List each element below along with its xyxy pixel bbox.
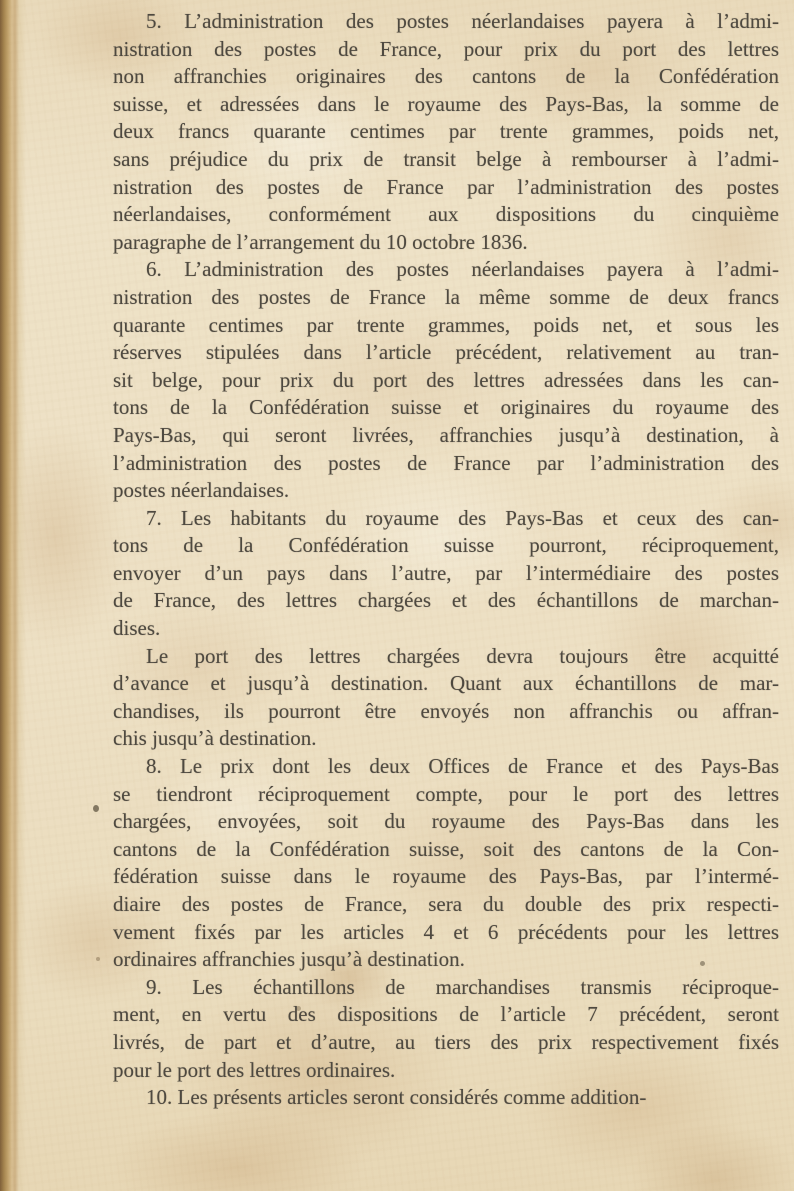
text-line: nistration des postes de France, pour pr… bbox=[113, 36, 779, 64]
text-line: néerlandaises, conformément aux disposit… bbox=[113, 201, 779, 229]
text-line: diaire des postes de France, sera du dou… bbox=[113, 891, 779, 919]
paragraph-article-9: 9. Les échantillons de marchandises tran… bbox=[113, 974, 779, 1084]
text-line: livrés, de part et d’autre, au tiers des… bbox=[113, 1029, 779, 1057]
text-line: 8. Le prix dont les deux Offices de Fran… bbox=[113, 753, 779, 781]
text-line: envoyer d’un pays dans l’autre, par l’in… bbox=[113, 560, 779, 588]
text-line: 9. Les échantillons de marchandises tran… bbox=[113, 974, 779, 1002]
text-line: ordinaires affranchies jusqu’à destinati… bbox=[113, 946, 779, 974]
text-line: non affranchies originaires des cantons … bbox=[113, 63, 779, 91]
text-line: tons de la Confédération suisse et origi… bbox=[113, 394, 779, 422]
paragraph-article-5: 5. L’administration des postes néerlanda… bbox=[113, 8, 779, 256]
text-line: 5. L’administration des postes néerlanda… bbox=[113, 8, 779, 36]
text-line: chargées, envoyées, soit du royaume des … bbox=[113, 808, 779, 836]
text-line: deux francs quarante centimes par trente… bbox=[113, 118, 779, 146]
paragraph-article-6: 6. L’administration des postes néerlanda… bbox=[113, 256, 779, 504]
text-line: 7. Les habitants du royaume des Pays-Bas… bbox=[113, 505, 779, 533]
text-line: de France, des lettres chargées et des é… bbox=[113, 587, 779, 615]
paragraph-article-7-alinea: Le port des lettres chargées devra toujo… bbox=[113, 643, 779, 753]
text-line: ment, en vertu des dispositions de l’art… bbox=[113, 1001, 779, 1029]
text-line: chandises, ils pourront être envoyés non… bbox=[113, 698, 779, 726]
text-line: nistration des postes de France par l’ad… bbox=[113, 174, 779, 202]
text-line: sit belge, pour prix du port des lettres… bbox=[113, 367, 779, 395]
text-line: l’administration des postes de France pa… bbox=[113, 450, 779, 478]
text-line: Le port des lettres chargées devra toujo… bbox=[113, 643, 779, 671]
text-line: réserves stipulées dans l’article précéd… bbox=[113, 339, 779, 367]
text-line: pour le port des lettres ordinaires. bbox=[113, 1057, 779, 1085]
text-line: chis jusqu’à destination. bbox=[113, 725, 779, 753]
ink-speck bbox=[96, 957, 100, 961]
book-binding-edge bbox=[0, 0, 26, 1191]
paragraph-article-7: 7. Les habitants du royaume des Pays-Bas… bbox=[113, 505, 779, 643]
paragraph-article-10: 10. Les présents articles seront considé… bbox=[113, 1084, 779, 1112]
ink-speck bbox=[93, 805, 99, 812]
text-line: dises. bbox=[113, 615, 779, 643]
text-line: quarante centimes par trente grammes, po… bbox=[113, 312, 779, 340]
text-line: fédération suisse dans le royaume des Pa… bbox=[113, 863, 779, 891]
paragraph-article-8: 8. Le prix dont les deux Offices de Fran… bbox=[113, 753, 779, 974]
text-line: cantons de la Confédération suisse, soit… bbox=[113, 836, 779, 864]
scanned-page: 5. L’administration des postes néerlanda… bbox=[0, 0, 794, 1191]
text-line: sans préjudice du prix de transit belge … bbox=[113, 146, 779, 174]
text-line: 10. Les présents articles seront considé… bbox=[113, 1084, 779, 1112]
text-line: vement fixés par les articles 4 et 6 pré… bbox=[113, 919, 779, 947]
text-line: postes néerlandaises. bbox=[113, 477, 779, 505]
text-line: tons de la Confédération suisse pourront… bbox=[113, 532, 779, 560]
page-text: 5. L’administration des postes néerlanda… bbox=[113, 8, 779, 1112]
text-line: paragraphe de l’arrangement du 10 octobr… bbox=[113, 229, 779, 257]
text-line: se tiendront réciproquement compte, pour… bbox=[113, 781, 779, 809]
text-line: Pays-Bas, qui seront livrées, affranchie… bbox=[113, 422, 779, 450]
text-line: d’avance et jusqu’à destination. Quant a… bbox=[113, 670, 779, 698]
text-line: 6. L’administration des postes néerlanda… bbox=[113, 256, 779, 284]
text-line: nistration des postes de France la même … bbox=[113, 284, 779, 312]
text-line: suisse, et adressées dans le royaume des… bbox=[113, 91, 779, 119]
